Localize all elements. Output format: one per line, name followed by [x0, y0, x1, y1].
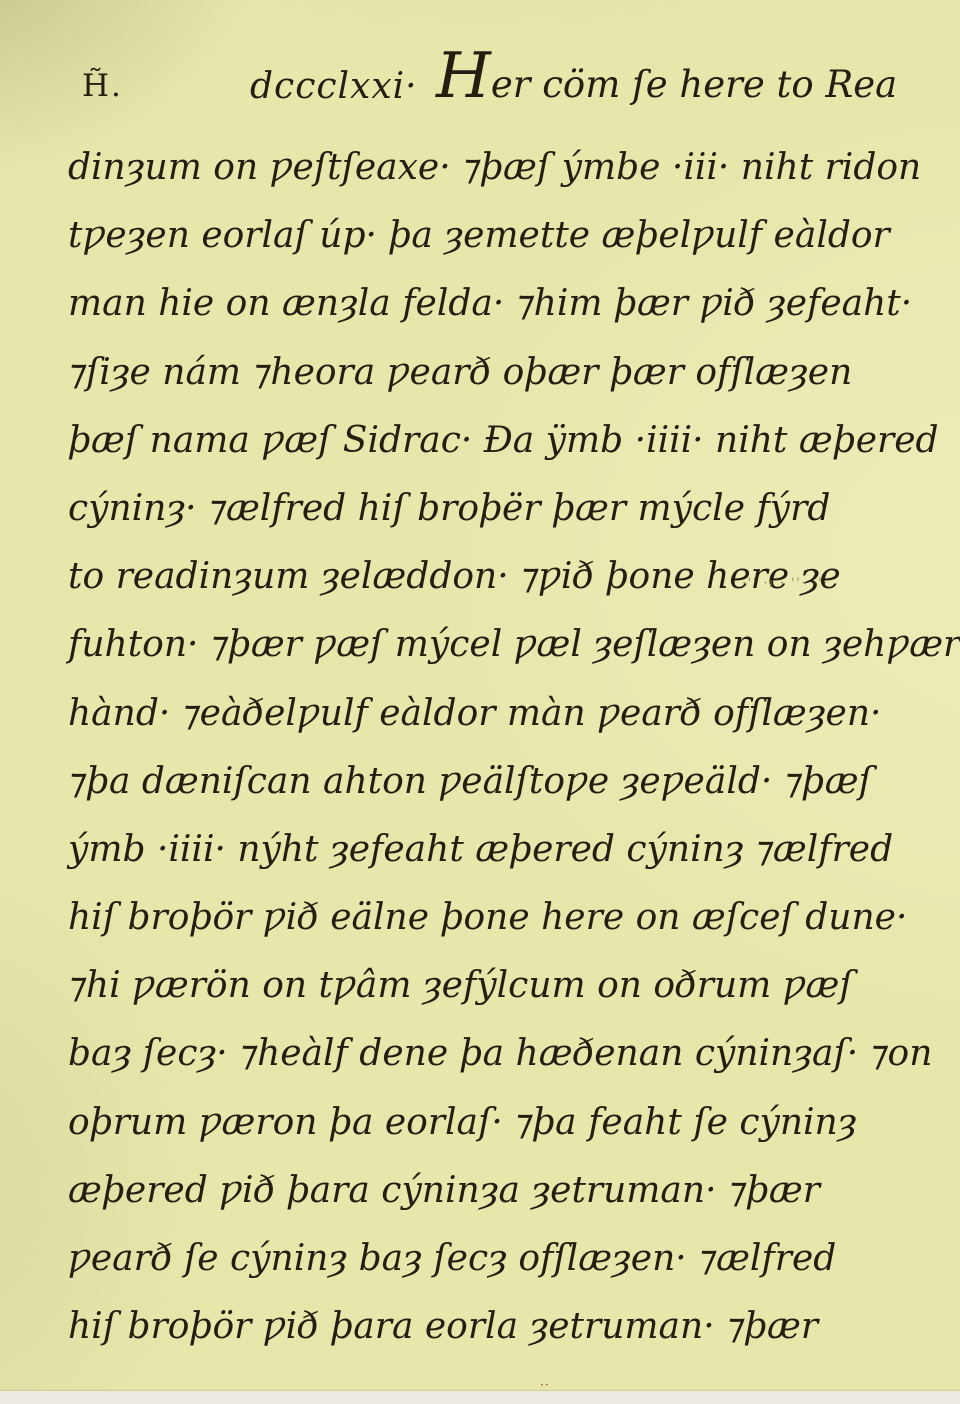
manuscript-line: ýmb ·iiii· nýht ȝefeaht æþered cýninȝ ⁊æ… — [68, 820, 960, 888]
page-edge-strip — [0, 1391, 960, 1404]
manuscript-line: dinȝum on ƿeſtſeaxe· ⁊þæſ ýmbe ·iii· nih… — [68, 138, 960, 206]
manuscript-line: Her cöm ſe here to Rea — [436, 52, 897, 106]
manuscript-line: man hie on ænȝla felda· ⁊him þær ƿið ȝef… — [68, 274, 960, 342]
manuscript-line: hànd· ⁊eàðelƿulf eàldor màn ƿearð ofſlæȝ… — [68, 684, 960, 752]
manuscript-line: fuhton· ⁊þær ƿæſ mýcel ƿæl ȝeſlæȝen on ȝ… — [68, 615, 960, 683]
interlinear-gloss: ·'' ·ı'· ''· ·'· — [742, 576, 829, 591]
manuscript-line: ƿearð ſe cýninȝ baȝ ſecȝ ofſlæȝen· ⁊ælfr… — [68, 1229, 960, 1297]
manuscript-line: þæſ nama ƿæſ Sidrac· Ða ÿmb ·iiii· niht … — [68, 411, 960, 479]
manuscript-line: ⁊hi ƿærön on tƿâm ȝefýlcum on oðrum ƿæſ — [68, 956, 960, 1024]
manuscript-line: baȝ ſecȝ· ⁊heàlf dene þa hæðenan cýninȝa… — [68, 1024, 960, 1092]
manuscript-line: ⁊ſiȝe nám ⁊heora ƿearð oþær þær ofſlæȝen — [68, 343, 960, 411]
annal-margin-letter: H̃. — [82, 68, 123, 104]
manuscript-line: hiſ broþör ƿið eälne þone here on æſceſ … — [68, 888, 960, 956]
manuscript-line: tƿeȝen eorlaſ úp· þa ȝemette æþelƿulf eà… — [68, 206, 960, 274]
annal-year: dccclxxi· — [250, 66, 418, 107]
manuscript-line: ⁊þa dæniſcan ahton ƿeälſtoƿe ȝeƿeäld· ⁊þ… — [68, 752, 960, 820]
annal-heading-line: H̃. dccclxxi· Her cöm ſe here to Rea — [68, 42, 960, 138]
manuscript-line: æþered ƿið þara cýninȝa ȝetruman· ⁊þær — [68, 1161, 960, 1229]
manuscript-line: oþrum ƿæron þa eorlaſ· ⁊þa feaht ſe cýni… — [68, 1093, 960, 1161]
manuscript-line: cýninȝ· ⁊ælfred hiſ broþër þær mýcle fýr… — [68, 479, 960, 547]
manuscript-page: H̃. dccclxxi· Her cöm ſe here to Rea din… — [0, 0, 960, 1404]
quire-mark: ·· — [540, 1378, 550, 1392]
manuscript-line: hiſ broþör ƿið þara eorla ȝetruman· ⁊þær — [68, 1297, 960, 1365]
annal-text-block: H̃. dccclxxi· Her cöm ſe here to Rea din… — [68, 42, 960, 1365]
